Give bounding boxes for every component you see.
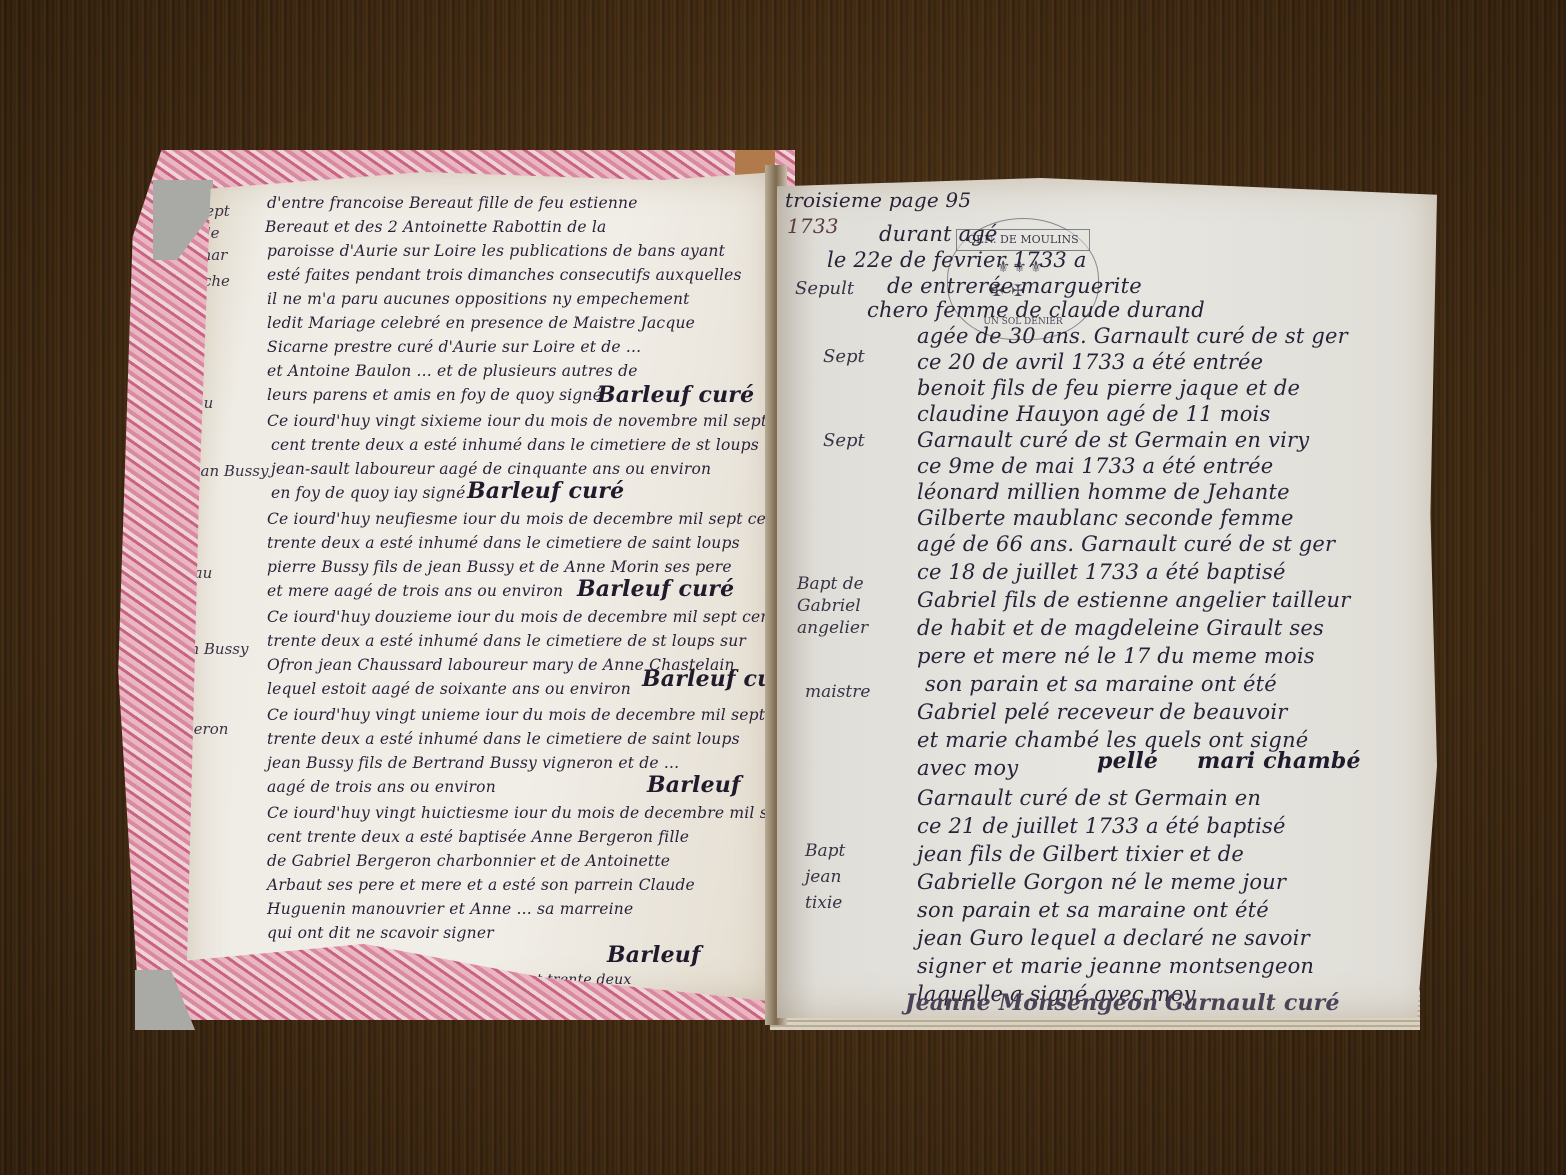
- text-line: aagé de trois ans ou environ: [267, 778, 496, 796]
- text-line: Gilberte maublanc seconde femme: [917, 506, 1294, 530]
- signature: pellé: [1097, 748, 1158, 774]
- signature: Barleuf: [607, 942, 701, 968]
- text-line: Sicarne prestre curé d'Aurie sur Loire e…: [267, 338, 641, 356]
- text-line: de Gabriel Bergeron charbonnier et de An…: [267, 852, 670, 870]
- text-line: léonard millien homme de Jehante: [917, 480, 1290, 504]
- text-line: esté faites pendant trois dimanches cons…: [267, 266, 742, 284]
- signature: Barleuf curé: [467, 478, 624, 504]
- text-line: trente deux a esté inhumé dans le cimeti…: [267, 534, 740, 552]
- text-line: avec moy: [917, 756, 1018, 780]
- text-line: et Antoine Baulon ... et de plusieurs au…: [267, 362, 638, 380]
- margin-note: Bapt jean tixie: [805, 838, 875, 916]
- text-line: Arbaut ses pere et mere et a esté son pa…: [267, 876, 695, 894]
- text-line: en foy de quoy iay signé: [271, 484, 465, 502]
- text-line: ce 18 de juillet 1733 a été baptisé: [917, 560, 1286, 584]
- text-line: de habit et de magdeleine Girault ses: [917, 616, 1324, 640]
- text-line: paroisse d'Aurie sur Loire les publicati…: [267, 242, 725, 260]
- text-line: trente deux a esté inhumé dans le cimeti…: [267, 632, 746, 650]
- margin-note: maistre: [805, 682, 870, 702]
- margin-note: Sept: [823, 346, 865, 367]
- text-line: jean-sault laboureur aagé de cinquante a…: [271, 460, 711, 478]
- text-line: benoit fils de feu pierre jaque et de: [917, 376, 1300, 400]
- text-line: signer et marie jeanne montsengeon: [917, 954, 1314, 978]
- text-line: et mere aagé de trois ans ou environ: [267, 582, 563, 600]
- text-line: cent trente deux a esté baptisée Anne Be…: [267, 828, 689, 846]
- text-line: Huguenin manouvrier et Anne ... sa marre…: [267, 900, 633, 918]
- signature: Jeanne Monsengeon: [905, 990, 1158, 1016]
- text-line: pere et mere né le 17 du meme mois: [917, 644, 1315, 668]
- text-line: Gabriel fils de estienne angelier taille…: [917, 588, 1350, 612]
- text-line: pierre Bussy fils de jean Bussy et de An…: [267, 558, 732, 576]
- text-line: Gabrielle Gorgon né le meme jour: [917, 870, 1286, 894]
- right-page: troisieme page 95 1733 GEN. DE MOULINS ⚜…: [777, 178, 1437, 1018]
- text-line: chero femme de claude durand: [867, 298, 1205, 322]
- text-line: d'entre francoise Bereaut fille de feu e…: [267, 194, 638, 212]
- text-line: Ce iourd'huy neufiesme iour du mois de d…: [267, 510, 783, 528]
- text-line: Ce iourd'huy vingt huictiesme iour du mo…: [267, 804, 794, 822]
- text-line: cent trente deux a esté inhumé dans le c…: [271, 436, 759, 454]
- text-line: Garnault curé de st Germain en viry: [917, 428, 1309, 452]
- text-line: jean fils de Gilbert tixier et de: [917, 842, 1244, 866]
- text-line: leurs parens et amis en foy de quoy sign…: [267, 386, 602, 404]
- text-line: son parain et sa maraine ont été: [917, 898, 1269, 922]
- text-line: Ce iourd'huy douzieme iour du mois de de…: [267, 608, 777, 626]
- text-line: jean Guro lequel a declaré ne savoir: [917, 926, 1310, 950]
- text-line: qui ont dit ne scavoir signer: [267, 924, 494, 942]
- page-header: troisieme page 95: [785, 188, 971, 212]
- text-line: ce 21 de juillet 1733 a été baptisé: [917, 814, 1286, 838]
- margin-note: Sepult: [795, 278, 854, 299]
- text-line: ce 20 de avril 1733 a été entrée: [917, 350, 1263, 374]
- text-line: agée de 30 ans. Garnault curé de st ger: [917, 324, 1348, 348]
- parish-register-book: Sept de mar che sau jean Bussy anchau je…: [75, 150, 1495, 1030]
- text-line: claudine Hauyon agé de 11 mois: [917, 402, 1270, 426]
- text-line: ce 9me de mai 1733 a été entrée: [917, 454, 1273, 478]
- text-line: Ce iourd'huy vingt unieme iour du mois d…: [267, 706, 805, 724]
- signature: Barleuf curé: [597, 382, 754, 408]
- text-line: Bereaut et des 2 Antoinette Rabottin de …: [265, 218, 607, 236]
- text-line: il ne m'a paru aucunes oppositions ny em…: [267, 290, 690, 308]
- signature: Garnault curé: [1165, 990, 1340, 1016]
- text-line: Garnault curé de st Germain en: [917, 786, 1261, 810]
- signature: mari chambé: [1197, 748, 1361, 774]
- signature: Barleuf: [647, 772, 741, 798]
- year-label: 1733: [787, 214, 839, 238]
- text-line: ledit Mariage celebré en presence de Mai…: [267, 314, 695, 332]
- left-page: Sept de mar che sau jean Bussy anchau je…: [187, 172, 777, 1002]
- margin-note: Sept: [823, 430, 865, 451]
- signature: Barleuf curé: [577, 576, 734, 602]
- text-line: Gabriel pelé receveur de beauvoir: [917, 700, 1288, 724]
- margin-note: Bapt de Gabriel angelier: [797, 573, 887, 639]
- text-line: trente deux a esté inhumé dans le cimeti…: [267, 730, 740, 748]
- text-line: lequel estoit aagé de soixante ans ou en…: [267, 680, 631, 698]
- text-line: son parain et sa maraine ont été: [925, 672, 1277, 696]
- text-line: Ce iourd'huy vingt sixieme iour du mois …: [267, 412, 767, 430]
- text-line: agé de 66 ans. Garnault curé de st ger: [917, 532, 1335, 556]
- text-line: de entrerée marguerite: [887, 274, 1142, 298]
- text-line: le 22e de fevrier 1733 a: [827, 248, 1087, 272]
- text-line: durant agé: [879, 222, 998, 246]
- text-line: jean Bussy fils de Bertrand Bussy vigner…: [267, 754, 679, 772]
